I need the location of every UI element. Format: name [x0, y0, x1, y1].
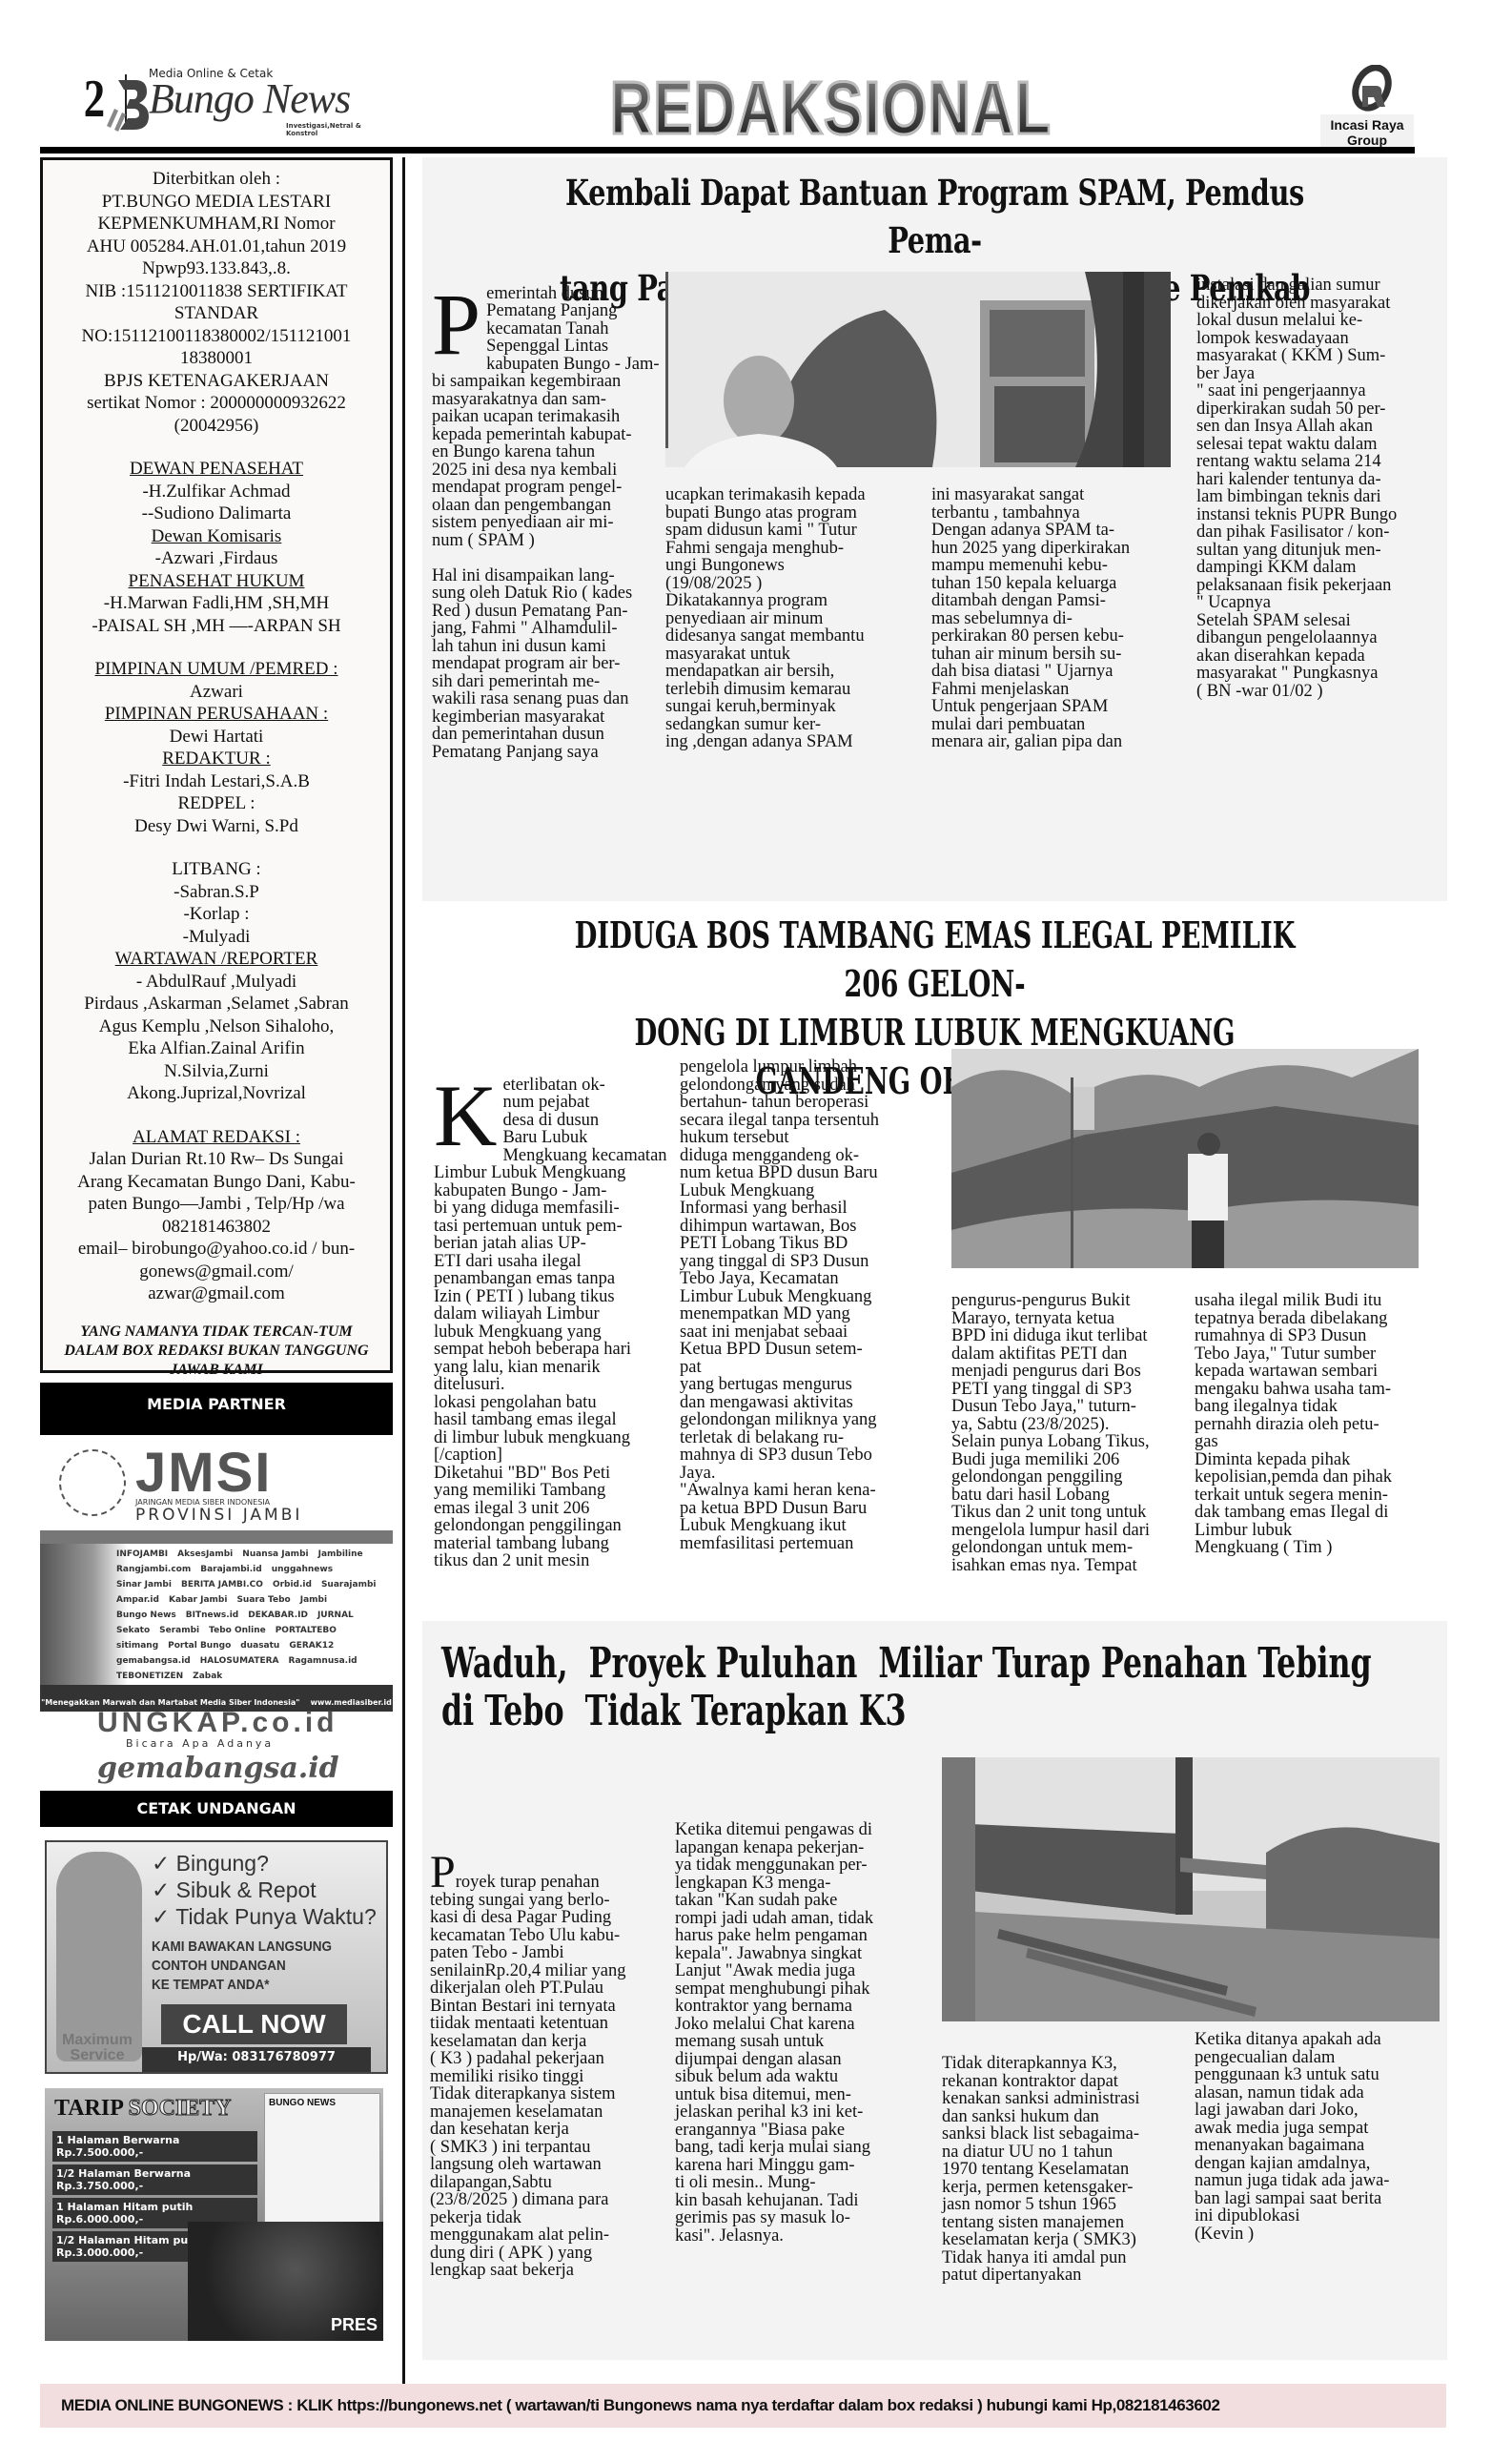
phone-number[interactable]: 082181463802: [52, 1216, 380, 1239]
partner-logo[interactable]: Zabak: [193, 1672, 222, 1681]
email-line[interactable]: gonews@gmail.com/: [52, 1261, 380, 1283]
offer-line: KE TEMPAT ANDA*: [152, 1976, 332, 1995]
partner-logo[interactable]: TEBONETIZEN: [116, 1672, 183, 1681]
article-column: pengurus-pengurus Bukit Marayo, ternyata…: [951, 1292, 1185, 1574]
rate-label: 1 Halaman Hitam putih: [56, 2201, 254, 2213]
publisher-line: sertikat Nomor : 200000000932622: [52, 392, 380, 415]
staff-name: - AbdulRauf ,Mulyadi: [52, 971, 380, 994]
email-line[interactable]: azwar@gmail.com: [52, 1282, 380, 1305]
press-label: PRES: [331, 2315, 378, 2335]
publisher-line: 18380001: [52, 347, 380, 370]
rate-label: 1/2 Halaman Berwarna: [56, 2167, 254, 2180]
sidebar: Diterbitkan oleh : PT.BUNGO MEDIA LESTAR…: [40, 157, 393, 2369]
header-rule: [40, 147, 1415, 154]
dewan-komisaris-label: Dewan Komisaris: [52, 525, 380, 548]
partners-motto: "Menegakkan Marwah dan Martabat Media Si…: [41, 1698, 299, 1707]
article-column: ini masyarakat sangat terbantu , tambahn…: [931, 486, 1170, 751]
logo-name: Bungo News: [149, 74, 350, 123]
partner-logo[interactable]: Suarajambi: [321, 1580, 377, 1590]
alamat-label: ALAMAT REDAKSI :: [52, 1126, 380, 1149]
staff-name: Akong.Juprizal,Novrizal: [52, 1082, 380, 1105]
jmsi-logo[interactable]: JMSI JARINGAN MEDIA SIBER INDONESIA PROV…: [59, 1445, 383, 1526]
article-column: Pemerintah dusun Pematang Panjang kecama…: [432, 267, 661, 779]
publisher-line: PT.BUNGO MEDIA LESTARI: [52, 191, 380, 214]
staff-name: --Sudiono Dalimarta: [52, 503, 380, 525]
publisher-line: STANDAR: [52, 302, 380, 325]
partner-logo[interactable]: Portal Bungo: [168, 1641, 231, 1651]
intro-text: royek turap penahan: [456, 1873, 600, 1892]
staff-name: Desy Dwi Warni, S.Pd: [52, 815, 380, 838]
partner-logo[interactable]: HALOSUMATERA: [200, 1656, 279, 1666]
publisher-line: Diterbitkan oleh :: [52, 168, 380, 191]
tarip-society-ad[interactable]: TARIP SOCIETY 1 Halaman BerwarnaRp.7.500…: [45, 2088, 383, 2341]
article-column: pengelola lumpur limbah gelondongan yang…: [680, 1058, 913, 1552]
penasehat-hukum-label: PENASEHAT HUKUM: [52, 570, 380, 593]
staff-name: Dewi Hartati: [52, 726, 380, 749]
dewan-penasehat-label: DEWAN PENASEHAT: [52, 458, 380, 481]
partner-logo[interactable]: Barajambi.id: [200, 1565, 261, 1574]
partner-logo[interactable]: Jambiline: [318, 1549, 363, 1559]
redaksi-box: Diterbitkan oleh : PT.BUNGO MEDIA LESTAR…: [40, 157, 393, 1373]
drop-cap: P: [432, 289, 480, 359]
litbang-line: -Mulyadi: [52, 926, 380, 949]
gemabangsa-logo[interactable]: gemabangsa.id: [97, 1752, 339, 1785]
partner-logo[interactable]: Serambi: [159, 1626, 199, 1635]
partner-logo[interactable]: Orbid.id: [273, 1580, 312, 1590]
article-column: Keterlibatan ok- num pejabat desa di dus…: [434, 1058, 667, 1588]
partner-logo[interactable]: gemabangsa.id: [116, 1656, 191, 1666]
jmsi-wordmark: JMSI: [135, 1441, 272, 1505]
section-title: REDAKSIONAL: [610, 65, 1052, 152]
staff-name: -Azwari ,Firdaus: [52, 547, 380, 570]
partner-logo[interactable]: Bungo News: [116, 1610, 176, 1620]
maximum-service-badge: Maximum Service: [54, 2033, 140, 2063]
logo-tagline-bottom: Investigasi,Netral & Konstrol: [286, 122, 391, 137]
publisher-line: KEPMENKUMHAM,RI Nomor: [52, 213, 380, 236]
partner-logos-grid: INFOJAMBI AksesJambi Nuansa Jambi Jambil…: [40, 1530, 393, 1712]
partner-logo[interactable]: duasatu: [240, 1641, 279, 1651]
partner-logo[interactable]: DEKABAR.ID: [248, 1610, 308, 1620]
footer-banner[interactable]: MEDIA ONLINE BUNGONEWS : KLIK https://bu…: [40, 2384, 1446, 2428]
partner-logo[interactable]: Rangjambi.com: [116, 1565, 191, 1574]
staff-name: Eka Alfian.Zainal Arifin: [52, 1037, 380, 1060]
check-item: ✓ Tidak Punya Waktu?: [152, 1903, 377, 1930]
partners-url[interactable]: www.mediasiber.id: [311, 1698, 392, 1707]
newspaper-thumbnail: BUNGO NEWS: [264, 2093, 380, 2226]
staff-name: Azwari: [52, 681, 380, 704]
jmsi-province: PROVINSI JAMBI: [135, 1506, 302, 1525]
article-column: Ketika ditanya apakah ada pengecualian d…: [1195, 2031, 1438, 2243]
partner-logo[interactable]: Jambi: [300, 1595, 327, 1605]
ungkap-tagline: Bicara Apa Adanya: [126, 1737, 274, 1750]
pemred-label: PIMPINAN UMUM /PEMRED :: [52, 658, 380, 681]
call-now-button[interactable]: CALL NOW: [161, 2004, 347, 2044]
jmsi-seal-icon: [59, 1449, 126, 1516]
media-partner-header: MEDIA PARTNER: [40, 1383, 393, 1435]
cetak-undangan-header: CETAK UNDANGAN: [40, 1791, 393, 1827]
staff-name: Agus Kemplu ,Nelson Sihaloho,: [52, 1015, 380, 1038]
incasi-raya-r-icon: [1347, 65, 1393, 117]
check-item: ✓ Bingung?: [152, 1850, 377, 1877]
article-photo: [665, 272, 1171, 467]
article-column: Proyek turap penahan tebing sungai yang …: [430, 1836, 664, 2297]
partner-logo[interactable]: Nuansa Jambi: [242, 1549, 308, 1559]
drop-cap: K: [434, 1080, 497, 1151]
bungo-news-b-icon: [105, 76, 151, 132]
article-photo: [951, 1049, 1419, 1268]
partner-logo[interactable]: BITnews.id: [186, 1610, 238, 1620]
article-column: usaha ilegal milik Budi itu tepatnya ber…: [1195, 1292, 1438, 1557]
partner-logo[interactable]: Kabar Jambi: [169, 1595, 227, 1605]
partner-logo[interactable]: Sinar Jambi: [116, 1580, 172, 1590]
article-photo: [942, 1757, 1440, 2021]
intro-text: eterlibatan ok- num pejabat desa di dusu…: [502, 1076, 604, 1148]
publisher-line: (20042956): [52, 415, 380, 438]
partner-logo[interactable]: BERITA JAMBI.CO: [181, 1580, 263, 1590]
litbang-line: LITBANG :: [52, 858, 380, 881]
redaktur-label: REDAKTUR :: [52, 748, 380, 770]
wartawan-label: WARTAWAN /REPORTER: [52, 948, 380, 971]
publisher-line: BPJS KETENAGAKERJAAN: [52, 370, 380, 393]
ungkap-logo[interactable]: UNGKAP.co.id: [97, 1707, 337, 1739]
disclaimer: YANG NAMANYA TIDAK TERCAN-TUM DALAM BOX …: [52, 1323, 380, 1380]
address-line: paten Bungo—Jambi , Telp/Hp /wa: [52, 1193, 380, 1216]
rate-row: 1/2 Halaman BerwarnaRp.3.750.000,-: [52, 2164, 257, 2195]
litbang-line: -Korlap :: [52, 903, 380, 926]
publisher-line: Npwp93.133.843,.8.: [52, 257, 380, 280]
address-line: Jalan Durian Rt.10 Rw– Ds Sungai: [52, 1148, 380, 1171]
article-spam: Kembali Dapat Bantuan Program SPAM, Pemd…: [422, 157, 1447, 901]
photographer-image: PRES: [188, 2222, 383, 2341]
staff-name: -H.Zulfikar Achmad: [52, 481, 380, 503]
article-column: Ketika ditemui pengawas di lapangan kena…: [675, 1821, 909, 2245]
group-label: Incasi Raya Group: [1320, 114, 1414, 151]
publisher-line: AHU 005284.AH.01.01,tahun 2019: [52, 236, 380, 258]
litbang-line: -Sabran.S.P: [52, 881, 380, 904]
publisher-line: NO:15112100118380002/151121001: [52, 325, 380, 348]
page-number: 2: [84, 69, 105, 130]
partner-logo[interactable]: Tebo Online: [209, 1626, 266, 1635]
partner-logo[interactable]: Sekato: [116, 1626, 150, 1635]
rate-price: Rp.7.500.000,-: [56, 2146, 254, 2159]
column-text: tebing sungai yang berlo- kasi di desa P…: [430, 1892, 664, 2280]
column-text: Mengkuang kecamatan Limbur Lubuk Mengkua…: [434, 1147, 667, 1570]
offer-line: KAMI BAWAKAN LANGSUNG: [152, 1938, 332, 1957]
article-column: ucapkan terimakasih kepada bupati Bungo …: [665, 486, 904, 751]
staff-name: -Fitri Indah Lestari,S.A.B: [52, 770, 380, 793]
rate-price: Rp.3.750.000,-: [56, 2180, 254, 2192]
article-headline[interactable]: Waduh, Proyek Puluhan Miliar Turap Penah…: [441, 1640, 1372, 1735]
mascot-illustration: [56, 1852, 142, 2062]
article-column: instalasi dan galian sumur dikerjakan ol…: [1196, 277, 1444, 700]
pimpinan-perusahaan-label: PIMPINAN PERUSAHAAN :: [52, 703, 380, 726]
staff-name: -PAISAL SH ,MH —-ARPAN SH: [52, 615, 380, 638]
article-turap-k3: Waduh, Proyek Puluhan Miliar Turap Penah…: [422, 1621, 1447, 2360]
column-text: kabupaten Bungo - Jam- bi sampaikan kege…: [432, 356, 661, 762]
undangan-ad[interactable]: ✓ Bingung? ✓ Sibuk & Repot ✓ Tidak Punya…: [45, 1840, 388, 2074]
partner-logo[interactable]: unggahnews: [272, 1565, 333, 1574]
partner-logo[interactable]: Suara Tebo: [236, 1595, 290, 1605]
partner-logo[interactable]: GERAK12: [289, 1641, 334, 1651]
bungo-news-logo[interactable]: Media Online & Cetak Bungo News Investig…: [105, 67, 391, 133]
partner-logo[interactable]: AksesJambi: [177, 1549, 233, 1559]
redpel-label: REDPEL :: [52, 792, 380, 815]
check-item: ✓ Sibuk & Repot: [152, 1877, 377, 1903]
tarip-title: TARIP SOCIETY: [54, 2096, 232, 2122]
ad-offer: KAMI BAWAKAN LANGSUNG CONTOH UNDANGAN KE…: [152, 1938, 332, 1995]
sidebar-divider: [402, 157, 405, 2389]
staff-name: N.Silvia,Zurni: [52, 1060, 380, 1083]
rate-label: 1 Halaman Berwarna: [56, 2134, 254, 2146]
article-tambang-emas: DIDUGA BOS TAMBANG EMAS ILEGAL PEMILIK 2…: [422, 901, 1447, 1621]
tarip-title-a: TARIP: [54, 2096, 123, 2121]
partner-logo[interactable]: JURNAL: [317, 1610, 354, 1620]
ad-checklist: ✓ Bingung? ✓ Sibuk & Repot ✓ Tidak Punya…: [152, 1850, 377, 1930]
drop-cap: P: [430, 1847, 456, 1897]
tarip-title-b: SOCIETY: [129, 2096, 232, 2121]
staff-name: Pirdaus ,Askarman ,Selamet ,Sabran: [52, 993, 380, 1015]
staff-name: -H.Marwan Fadli,HM ,SH,MH: [52, 592, 380, 615]
offer-line: CONTOH UNDANGAN: [152, 1957, 332, 1976]
address-line: Arang Kecamatan Bungo Dani, Kabu-: [52, 1171, 380, 1194]
ad-phone[interactable]: Hp/Wa: 083176780977: [142, 2047, 371, 2072]
rate-row: 1 Halaman BerwarnaRp.7.500.000,-: [52, 2131, 257, 2162]
incasi-raya-group-logo[interactable]: Incasi Raya Group: [1320, 65, 1414, 151]
email-line[interactable]: email– birobungo@yahoo.co.id / bun-: [52, 1238, 380, 1261]
partner-logo[interactable]: sitimang: [116, 1641, 158, 1651]
publisher-line: NIB :1511210011838 SERTIFIKAT: [52, 280, 380, 303]
partner-logo[interactable]: Ampar.id: [116, 1595, 159, 1605]
intro-text: emerintah dusun Pematang Panjang kecamat…: [486, 284, 617, 357]
partner-logo[interactable]: INFOJAMBI: [116, 1549, 168, 1559]
article-column: Tidak diterapkannya K3, rekanan kontrakt…: [942, 2055, 1180, 2285]
partner-logo[interactable]: PORTALTEBO: [276, 1626, 337, 1635]
partner-logo[interactable]: Ragamnusa.id: [289, 1656, 358, 1666]
